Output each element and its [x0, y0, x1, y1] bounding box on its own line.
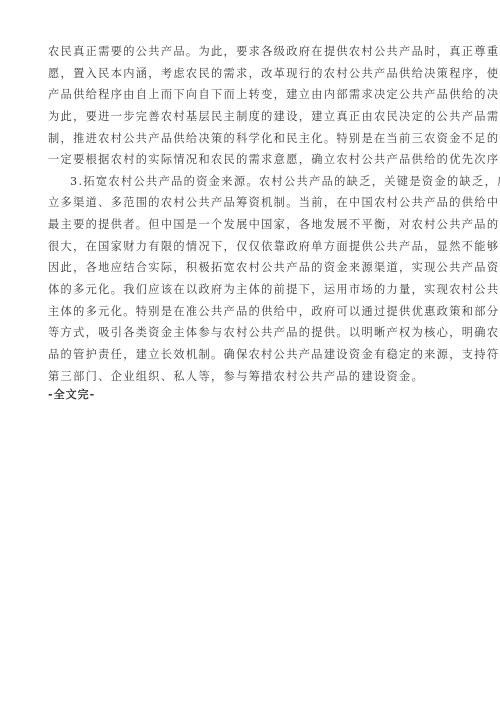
text-line: 最主要的提供者。但中国是一个发展中国家，各地发展不平衡，对农村公共产品的需求规模 — [48, 214, 454, 236]
end-of-document-mark: -全文完- — [48, 386, 95, 402]
text-line: 产品供给程序由自上而下向自下而上转变，建立由内部需求决定公共产品供给的决策机制。 — [48, 84, 454, 106]
text-line: 立多渠道、多范围的农村公共产品筹资机制。当前，在中国农村公共产品的供给中，政府是 — [48, 192, 454, 214]
text-line: 制，推进农村公共产品供给决策的科学化和民主化。特别是在当前三农资金不足的情况下， — [48, 128, 454, 150]
text-line: 愿，置入民本内涵，考虑农民的需求，改革现行的农村公共产品供给决策程序，使农村公共 — [48, 63, 454, 85]
document-page: 农民真正需要的公共产品。为此，要求各级政府在提供农村公共产品时，真正尊重农民的意… — [0, 0, 500, 708]
text-line: 一定要根据农村的实际情况和农民的需求意愿，确立农村公共产品供给的优先次序。 — [48, 149, 454, 171]
text-line: 主体的多元化。特别是在准公共产品的供给中，政府可以通过提供优惠政策和部分财政补贴 — [48, 301, 454, 323]
text-line: 品的管护责任，建立长效机制。确保农村公共产品建设资金有稳定的来源，支持符合条件的 — [48, 344, 454, 366]
text-line: 很大，在国家财力有限的情况下，仅仅依靠政府单方面提供公共产品，显然不能够长期维持… — [48, 236, 454, 258]
text-line: 体的多元化。我们应该在以政府为主体的前提下，运用市场的力量，实现农村公共产品投资 — [48, 279, 454, 301]
text-line: 因此，各地应结合实际，积极拓宽农村公共产品的资金来源渠道，实现公共产品资金供给主 — [48, 257, 454, 279]
text-line: 第三部门、企业组织、私人等，参与筹措农村公共产品的建设资金。 — [48, 366, 454, 388]
section-3-heading-line: 3.拓宽农村公共产品的资金来源。农村公共产品的缺乏，关键是资金的缺乏，应寻求建 — [48, 171, 454, 193]
text-line: 等方式，吸引各类资金主体参与农村公共产品的提供。以明晰产权为核心，明确农业公共产 — [48, 322, 454, 344]
text-line: 农民真正需要的公共产品。为此，要求各级政府在提供农村公共产品时，真正尊重农民的意 — [48, 41, 454, 63]
text-line: 为此，要进一步完善农村基层民主制度的建设，建立真正由农民决定的公共产品需求表达机 — [48, 106, 454, 128]
document-body: 农民真正需要的公共产品。为此，要求各级政府在提供农村公共产品时，真正尊重农民的意… — [48, 41, 454, 387]
